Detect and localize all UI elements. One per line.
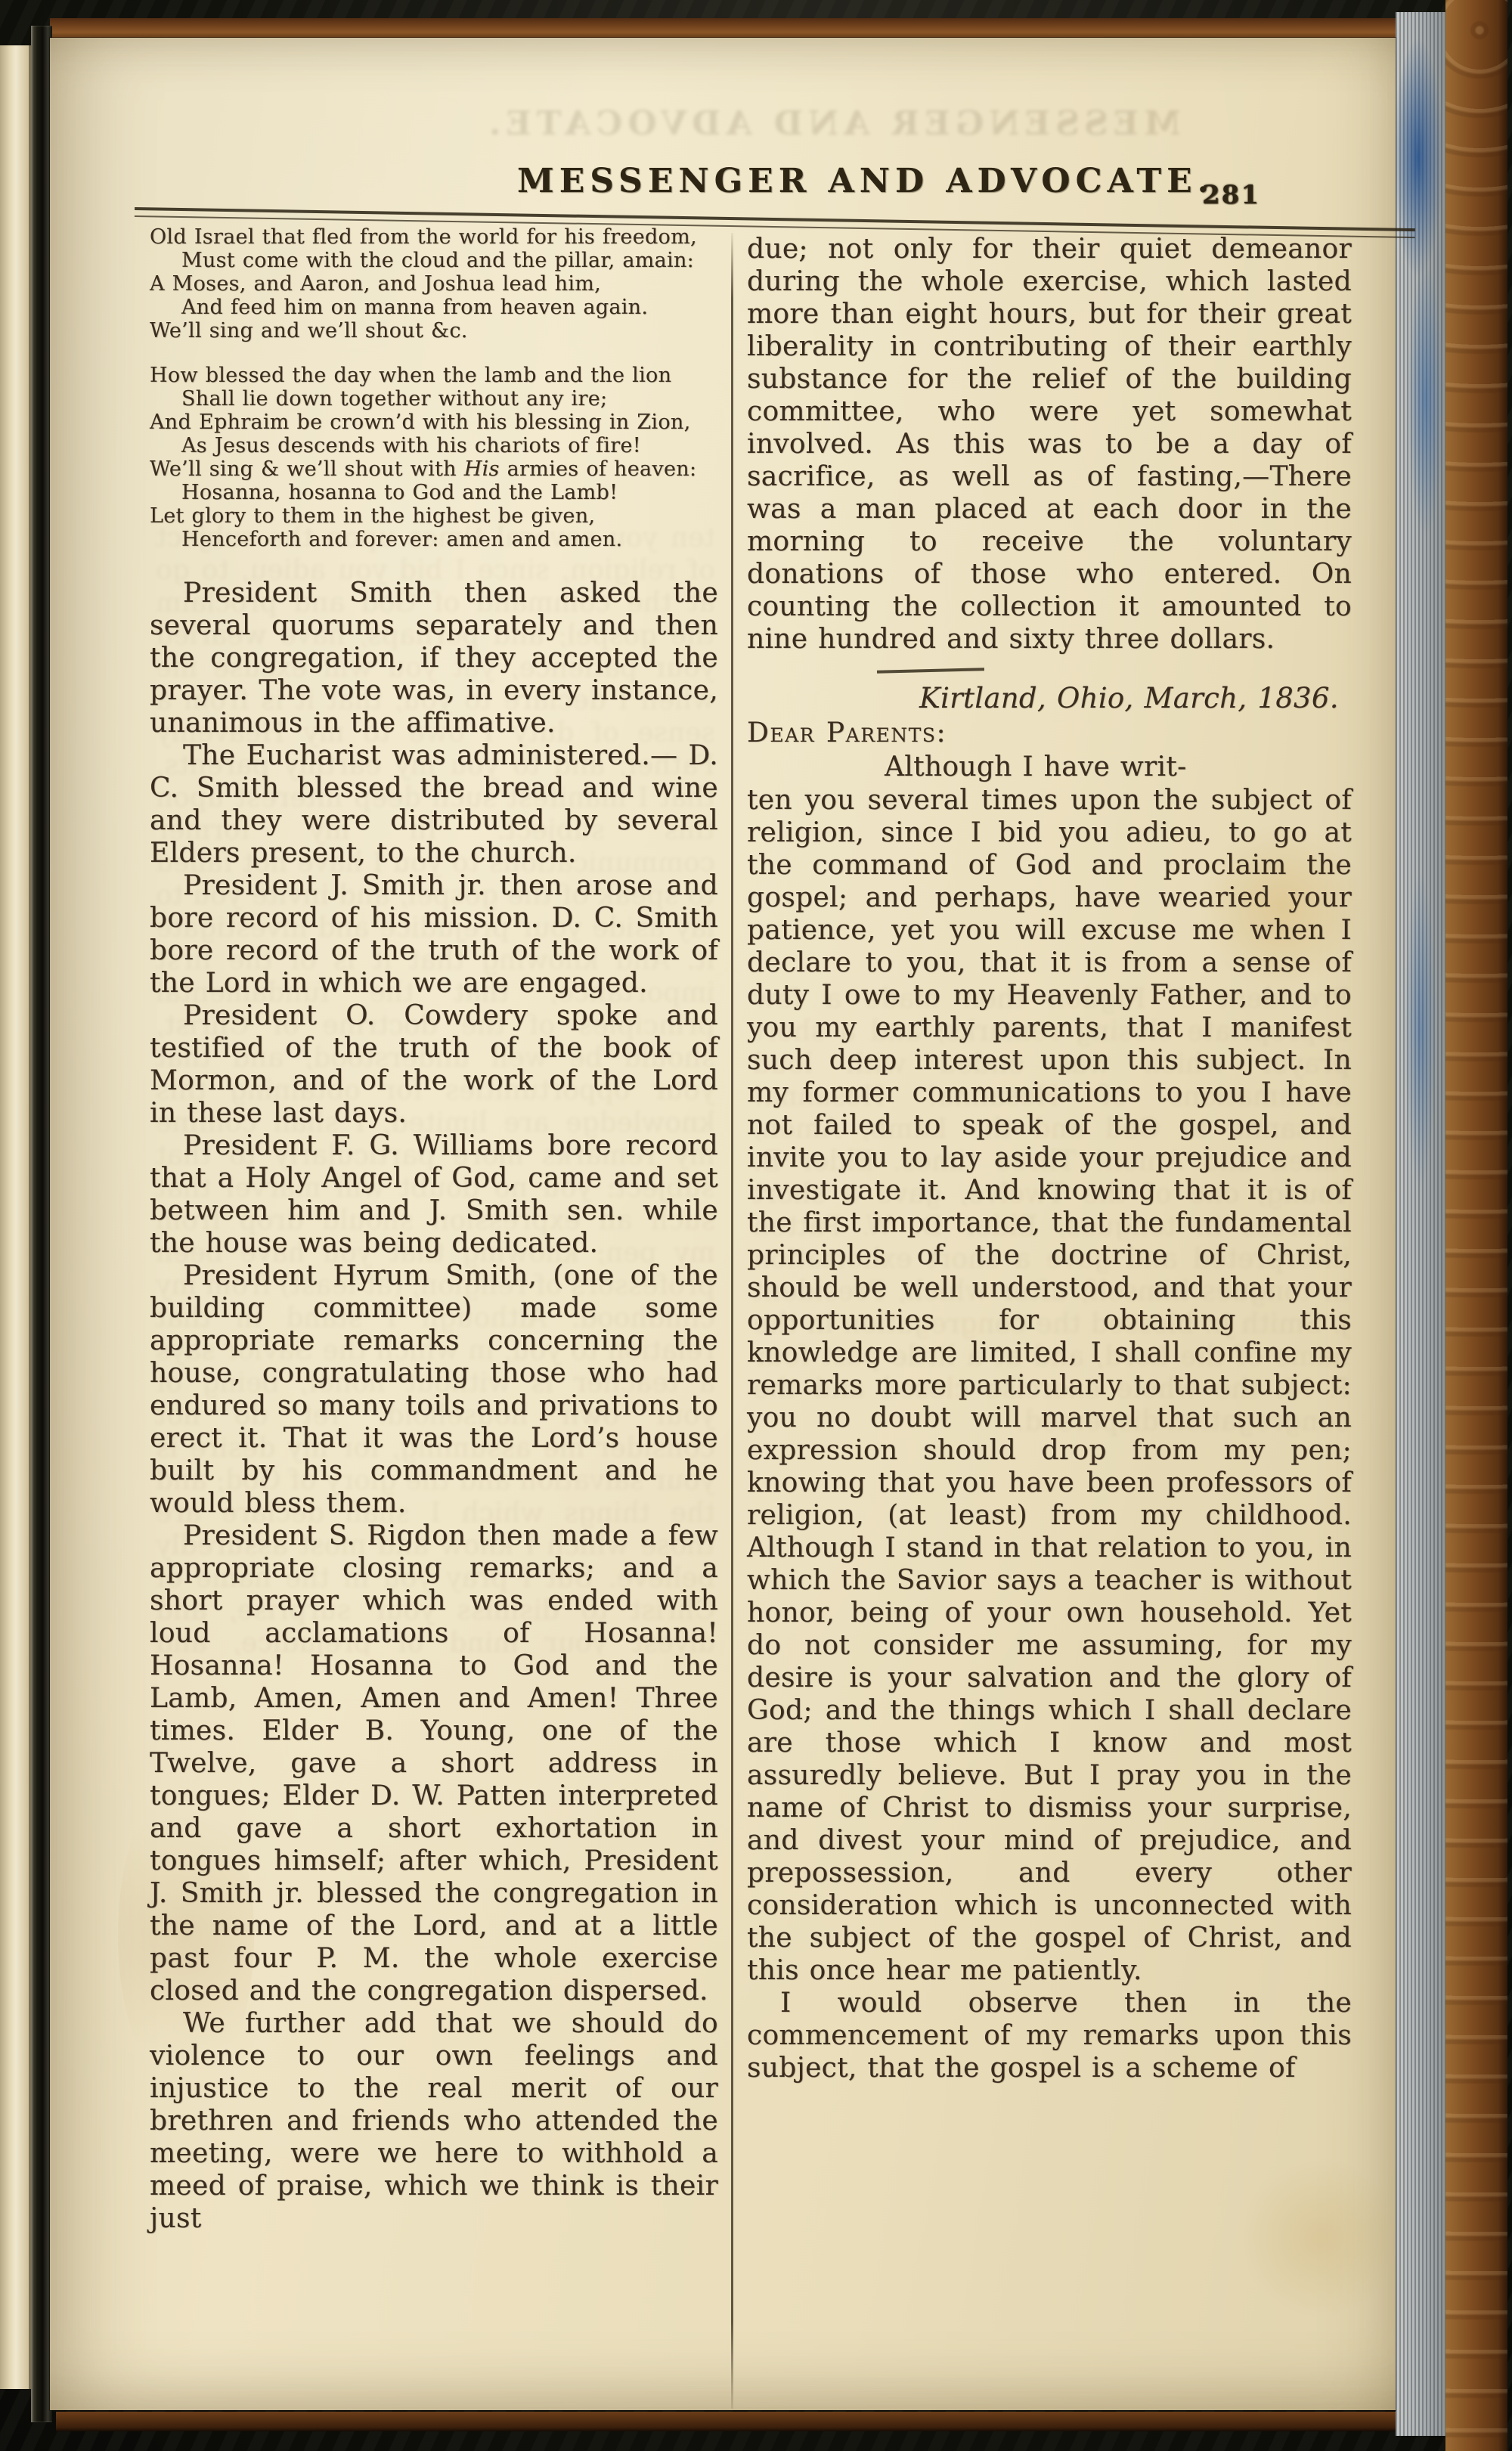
letter-closing-paragraph: I would observe then in the commencement… — [747, 1987, 1352, 2084]
page-number: 281 — [1202, 180, 1260, 210]
hymn-line: Shall lie down together without any ire; — [150, 387, 718, 411]
body-paragraph: The Eucharist was administered.— D. C. S… — [150, 739, 718, 869]
hymn-stanza-2: How blessed the day when the lamb and th… — [150, 364, 718, 551]
hymn-line: As Jesus descends with his chariots of f… — [150, 434, 718, 457]
body-paragraph: President S. Rigdon then made a few appr… — [150, 1520, 718, 2007]
letter-dateline: Kirtland, Ohio, March, 1836. — [919, 681, 1352, 716]
body-paragraph: We further add that we should do violenc… — [150, 2007, 718, 2235]
page-stack-edge-left — [0, 45, 31, 2389]
hymn-line: How blessed the day when the lamb and th… — [150, 364, 718, 387]
letter-opening-line: Although I have writ- — [747, 751, 1352, 784]
hymn-line: And Ephraim be crown’d with his blessing… — [150, 411, 718, 434]
hymn-line: Henceforth and forever: amen and amen. — [150, 528, 718, 551]
hymn-line: We’ll sing and we’ll shout &c. — [150, 319, 718, 342]
letter-salutation: Dear Parents: — [747, 716, 1352, 751]
book-gutter — [31, 26, 52, 2422]
body-paragraph: President Hyrum Smith, (one of the build… — [150, 1260, 718, 1520]
book-photo: MESSENGER AND ADVOCATE. MESSENGER AND AD… — [0, 0, 1512, 2451]
paper-stain — [1244, 2140, 1396, 2336]
body-paragraph: President Smith then asked the several q… — [150, 577, 718, 739]
page-fore-edge — [1396, 12, 1445, 2436]
hymn-line: Hosanna, hosanna to God and the Lamb! — [150, 481, 718, 504]
right-column: due; not only for their quiet demeanor d… — [747, 233, 1352, 2084]
hymn-line: We’ll sing & we’ll shout with His armies… — [150, 457, 718, 481]
hymn-line: Old Israel that fled from the world for … — [150, 225, 718, 249]
hymn-line: Let glory to them in the highest be give… — [150, 504, 718, 528]
hymn-line-text: armies of heaven: — [500, 457, 697, 481]
body-paragraph: President O. Cowdery spoke and testified… — [150, 999, 718, 1129]
book-cover-right — [1445, 0, 1507, 2451]
hymn-line-text: We’ll sing & we’ll shout with — [150, 457, 464, 481]
header-showthrough-ghost: MESSENGER AND ADVOCATE. — [484, 104, 1181, 143]
masthead-title: MESSENGER AND ADVOCATE. — [517, 162, 1214, 200]
body-paragraph: President F. G. Williams bore record tha… — [150, 1129, 718, 1260]
column-divider-rule — [731, 233, 733, 2409]
hymn-line-italic-word: His — [464, 457, 500, 481]
hymn-line: Must come with the cloud and the pillar,… — [150, 249, 718, 272]
scanned-page: MESSENGER AND ADVOCATE. MESSENGER AND AD… — [50, 38, 1396, 2410]
body-paragraph: President J. Smith jr. then arose and bo… — [150, 869, 718, 999]
letter-body-paragraph: ten you several times upon the subject o… — [747, 784, 1352, 1987]
hymn-line: And feed him on manna from heaven again. — [150, 296, 718, 319]
hymn-stanza-1: Old Israel that fled from the world for … — [150, 225, 718, 342]
section-divider-rule — [877, 668, 984, 673]
body-paragraph-continuation: due; not only for their quiet demeanor d… — [747, 233, 1352, 655]
book-cover-bottom-edge — [56, 2412, 1450, 2431]
left-column: Old Israel that fled from the world for … — [150, 225, 718, 2235]
hymn-line: A Moses, and Aaron, and Joshua lead him, — [150, 272, 718, 296]
